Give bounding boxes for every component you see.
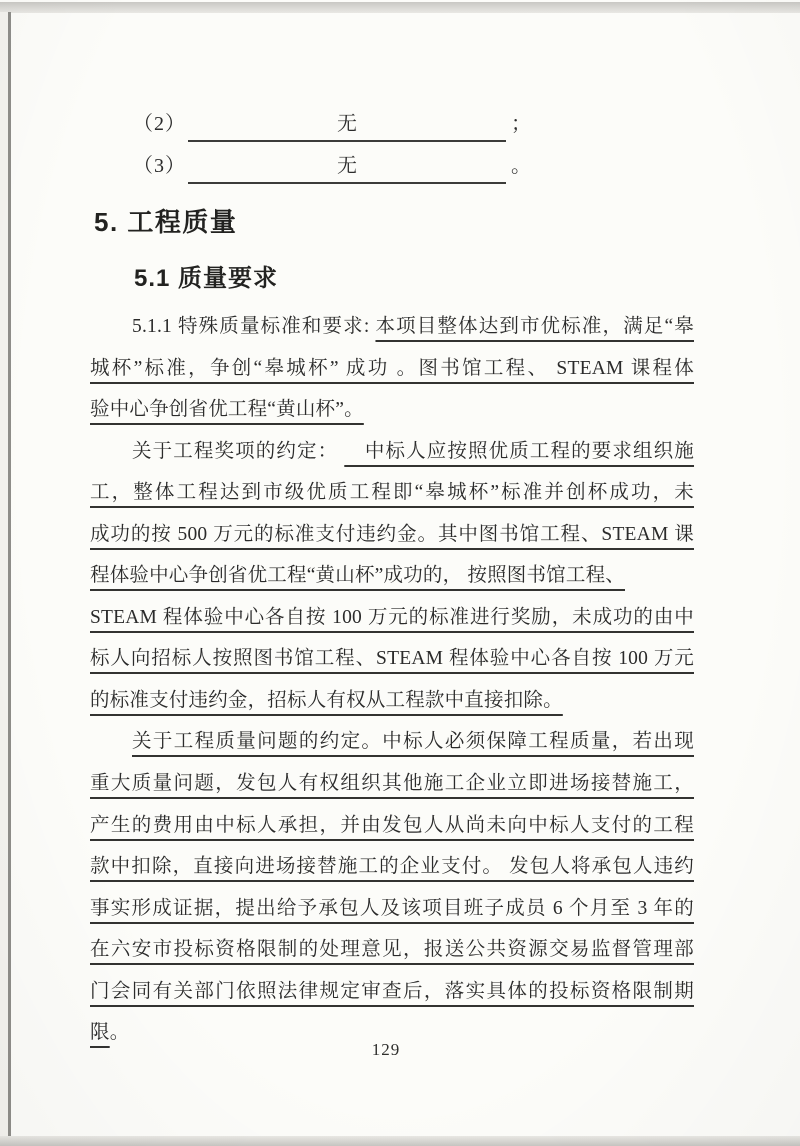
text-line: 门会同有关部门依照法律规定审查后，落实具体的投标资格限制期 — [90, 971, 694, 1013]
underlined-text: 程体验中心争创省优工程“黄山杯”成功的， 按照图书馆工程、 — [90, 565, 625, 586]
page-number: 129 — [0, 1040, 786, 1060]
text-line: 程体验中心争创省优工程“黄山杯”成功的， 按照图书馆工程、 — [90, 555, 694, 597]
underlined-text: 成功的按 500 万元的标准支付违约金。其中图书馆工程、STEAM 课 — [90, 524, 694, 545]
blank-value: 无 — [337, 155, 357, 177]
scan-edge-top — [0, 2, 800, 13]
underlined-text: 事实形成证据，提出给予承包人及该项目班子成员 6 个月至 3 年的 — [90, 898, 694, 919]
underlined-text: 标人向招标人按照图书馆工程、STEAM 程体验中心各自按 100 万元 — [90, 648, 694, 669]
underlined-text: 中标人应按照优质工程的要求组织施 — [344, 441, 694, 462]
document-page: （2）无； （3）无。 5. 工程质量 5.1 质量要求 5.1.1 特殊质量标… — [0, 0, 800, 1146]
text-line: 产生的费用由中标人承担，并由发包人从尚未向中标人支付的工程 — [90, 805, 694, 847]
blank-tail-punctuation: 。 — [511, 155, 531, 177]
blank-underline: 无 — [188, 152, 506, 184]
body-text: 5.1.1 特殊质量标准和要求: 本项目整体达到市优标准，满足“皋城杯”标准，争… — [90, 306, 694, 1054]
subsection-heading: 5.1 质量要求 — [134, 258, 278, 293]
text-line: 事实形成证据，提出给予承包人及该项目班子成员 6 个月至 3 年的 — [90, 888, 694, 930]
blank-row: （3）无。 — [90, 146, 700, 188]
blank-value: 无 — [337, 113, 357, 135]
underlined-text: 门会同有关部门依照法律规定审查后，落实具体的投标资格限制期 — [90, 981, 694, 1002]
section-heading: 5. 工程质量 — [94, 202, 237, 239]
scan-edge-left-line — [8, 12, 11, 1137]
text-line: 工，整体工程达到市级优质工程即“皋城杯”标准并创杯成功，未 — [90, 472, 694, 514]
text-line: 5.1.1 特殊质量标准和要求: 本项目整体达到市优标准，满足“皋 — [90, 306, 694, 348]
text-line: 关于工程奖项的约定： 中标人应按照优质工程的要求组织施 — [90, 431, 694, 473]
underlined-text: 工，整体工程达到市级优质工程即“皋城杯”标准并创杯成功，未 — [90, 482, 694, 503]
blank-fields: （2）无； （3）无。 — [90, 104, 700, 187]
plain-text: 5.1.1 特殊质量标准和要求: — [132, 316, 375, 337]
text-line: STEAM 程体验中心各自按 100 万元的标准进行奖励，未成功的由中 — [90, 597, 694, 639]
blank-label: （2） — [133, 113, 186, 135]
plain-text: 关于工程奖项的约定： — [132, 441, 344, 462]
text-line: 的标准支付违约金，招标人有权从工程款中直接扣除。 — [90, 680, 694, 722]
underlined-text: 的标准支付违约金，招标人有权从工程款中直接扣除。 — [90, 690, 563, 711]
blank-tail-punctuation: ； — [511, 113, 531, 135]
text-line: 款中扣除，直接向进场接替施工的企业支付。 发包人将承包人违约 — [90, 846, 694, 888]
blank-row: （2）无； — [90, 104, 700, 146]
scan-edge-left — [0, 12, 8, 1136]
underlined-text: 城杯”标准，争创“皋城杯” 成功 。图书馆工程、 STEAM 课程体 — [90, 358, 694, 379]
underlined-text: 款中扣除，直接向进场接替施工的企业支付。 发包人将承包人违约 — [90, 856, 694, 877]
blank-underline: 无 — [188, 110, 506, 142]
blank-label: （3） — [133, 155, 186, 177]
underlined-text: 产生的费用由中标人承担，并由发包人从尚未向中标人支付的工程 — [90, 815, 694, 836]
underlined-text: 在六安市投标资格限制的处理意见，报送公共资源交易监督管理部 — [90, 939, 694, 960]
text-line: 验中心争创省优工程“黄山杯”。 — [90, 389, 694, 431]
text-line: 标人向招标人按照图书馆工程、STEAM 程体验中心各自按 100 万元 — [90, 638, 694, 680]
underlined-text: STEAM 程体验中心各自按 100 万元的标准进行奖励，未成功的由中 — [90, 607, 694, 628]
underlined-text: 验中心争创省优工程“黄山杯”。 — [90, 399, 364, 420]
underlined-text: 关于工程质量问题的约定。中标人必须保障工程质量，若出现 — [132, 731, 694, 752]
text-line: 重大质量问题，发包人有权组织其他施工企业立即进场接替施工， — [90, 763, 694, 805]
scan-edge-bottom — [0, 1136, 800, 1146]
text-line: 关于工程质量问题的约定。中标人必须保障工程质量，若出现 — [90, 721, 694, 763]
text-line: 城杯”标准，争创“皋城杯” 成功 。图书馆工程、 STEAM 课程体 — [90, 348, 694, 390]
text-line: 成功的按 500 万元的标准支付违约金。其中图书馆工程、STEAM 课 — [90, 514, 694, 556]
underlined-text: 本项目整体达到市优标准，满足“皋 — [375, 316, 694, 337]
underlined-text: 重大质量问题，发包人有权组织其他施工企业立即进场接替施工， — [90, 773, 694, 794]
text-line: 在六安市投标资格限制的处理意见，报送公共资源交易监督管理部 — [90, 929, 694, 971]
